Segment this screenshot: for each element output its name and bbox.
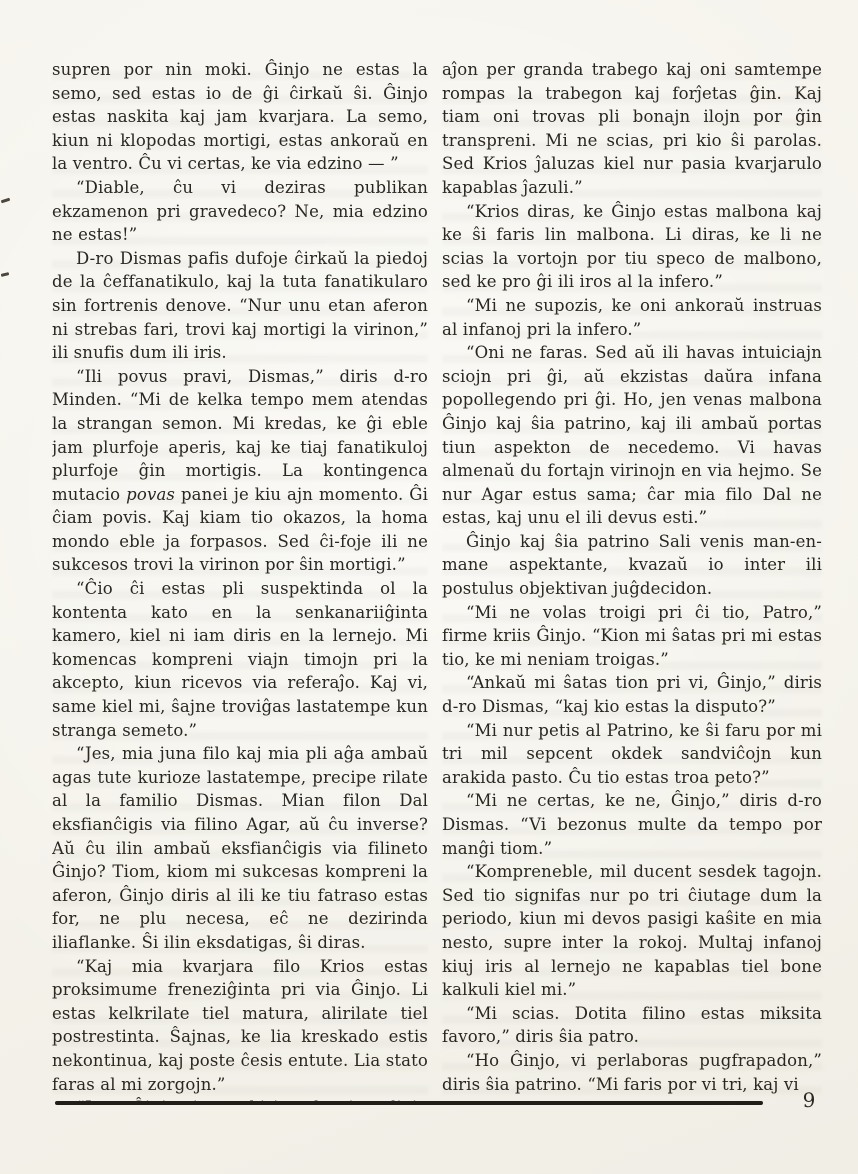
text-segment: “Ili povus pravi, Dismas,” diris d-ro Mi… bbox=[52, 367, 428, 504]
paragraph: “Ili povus pravi, Dismas,” diris d-ro Mi… bbox=[52, 365, 428, 577]
text-segment: “Diable, ĉu vi deziras publikan ekzameno… bbox=[52, 178, 428, 244]
text-segment: D-ro Dismas pafis dufoje ĉirkaŭ la piedo… bbox=[52, 249, 428, 362]
paragraph: “Jes, mia juna filo kaj mia pli aĝa amba… bbox=[52, 742, 428, 954]
paragraph: “Kompreneble, mil ducent sesdek tagojn. … bbox=[442, 860, 822, 1002]
margin-ink-mark bbox=[1, 198, 10, 204]
paragraph: “Ankaŭ mi ŝatas tion pri vi, Ĝinjo,” dir… bbox=[442, 671, 822, 718]
text-segment: supren por nin moki. Ĝinjo ne estas la s… bbox=[52, 60, 428, 173]
book-page: supren por nin moki. Ĝinjo ne estas la s… bbox=[0, 0, 858, 1174]
text-segment: “Oni ne faras. Sed aŭ ili havas intuicia… bbox=[442, 343, 822, 527]
paragraph: Ĝinjo kaj ŝia patrino Sali venis man-en-… bbox=[442, 530, 822, 601]
text-segment: “Mi ne certas, ke ne, Ĝinjo,” diris d-ro… bbox=[442, 791, 822, 857]
text-segment: aĵon per granda trabego kaj oni samtempe… bbox=[442, 60, 822, 197]
paragraph: “Oni ne faras. Sed aŭ ili havas intuicia… bbox=[442, 341, 822, 530]
text-segment: “Jes, mia juna filo kaj mia pli aĝa amba… bbox=[52, 744, 428, 952]
text-segment: “Mi ne supozis, ke oni ankoraŭ instruas … bbox=[442, 296, 822, 339]
paragraph: “Ho Ĝinjo, vi perlaboras pugfrapadon,” d… bbox=[442, 1049, 822, 1096]
text-segment: “Ankaŭ mi ŝatas tion pri vi, Ĝinjo,” dir… bbox=[442, 673, 822, 716]
page-number: 9 bbox=[788, 1088, 830, 1112]
text-segment: “Krios diras, ke Ĝinjo estas malbona kaj… bbox=[442, 202, 822, 292]
text-segment: povas bbox=[126, 485, 175, 504]
paragraph: “Mi nur petis al Patrino, ke ŝi faru por… bbox=[442, 719, 822, 790]
paragraph: “Diable, ĉu vi deziras publikan ekzameno… bbox=[52, 176, 428, 247]
text-segment: “Mi nur petis al Patrino, ke ŝi faru por… bbox=[442, 721, 822, 787]
paragraph: “Mi ne certas, ke ne, Ĝinjo,” diris d-ro… bbox=[442, 789, 822, 860]
paragraph: aĵon per granda trabego kaj oni samtempe… bbox=[442, 58, 822, 200]
paragraph: “Mi scias. Dotita filino estas miksita f… bbox=[442, 1002, 822, 1049]
paragraph: “Ĉio ĉi estas pli suspektinda ol la kont… bbox=[52, 577, 428, 742]
paragraph: “Mi ne supozis, ke oni ankoraŭ instruas … bbox=[442, 294, 822, 341]
text-segment: “Kaj mia kvarjara filo Krios estas proks… bbox=[52, 957, 428, 1094]
text-segment: Ĝinjo kaj ŝia patrino Sali venis man-en-… bbox=[442, 532, 822, 598]
text-segment: “Mi scias. Dotita filino estas miksita f… bbox=[442, 1004, 822, 1047]
paragraph: “Kaj mia kvarjara filo Krios estas proks… bbox=[52, 955, 428, 1097]
footer-rule bbox=[55, 1101, 763, 1105]
paragraph: “Krios diras, ke Ĝinjo estas malbona kaj… bbox=[442, 200, 822, 294]
text-segment: “Ho Ĝinjo, vi perlaboras pugfrapadon,” d… bbox=[442, 1051, 822, 1094]
text-segment: “Mi ne volas troigi pri ĉi tio, Patro,” … bbox=[442, 603, 822, 669]
paragraph: D-ro Dismas pafis dufoje ĉirkaŭ la piedo… bbox=[52, 247, 428, 365]
margin-ink-mark bbox=[1, 272, 9, 277]
text-column-left: supren por nin moki. Ĝinjo ne estas la s… bbox=[52, 58, 428, 1104]
paragraph: supren por nin moki. Ĝinjo ne estas la s… bbox=[52, 58, 428, 176]
text-segment: “Ĉio ĉi estas pli suspektinda ol la kont… bbox=[52, 579, 428, 740]
text-column-right: aĵon per granda trabego kaj oni samtempe… bbox=[442, 58, 822, 1104]
text-segment: “Kompreneble, mil ducent sesdek tagojn. … bbox=[442, 862, 822, 999]
paragraph: “Mi ne volas troigi pri ĉi tio, Patro,” … bbox=[442, 601, 822, 672]
